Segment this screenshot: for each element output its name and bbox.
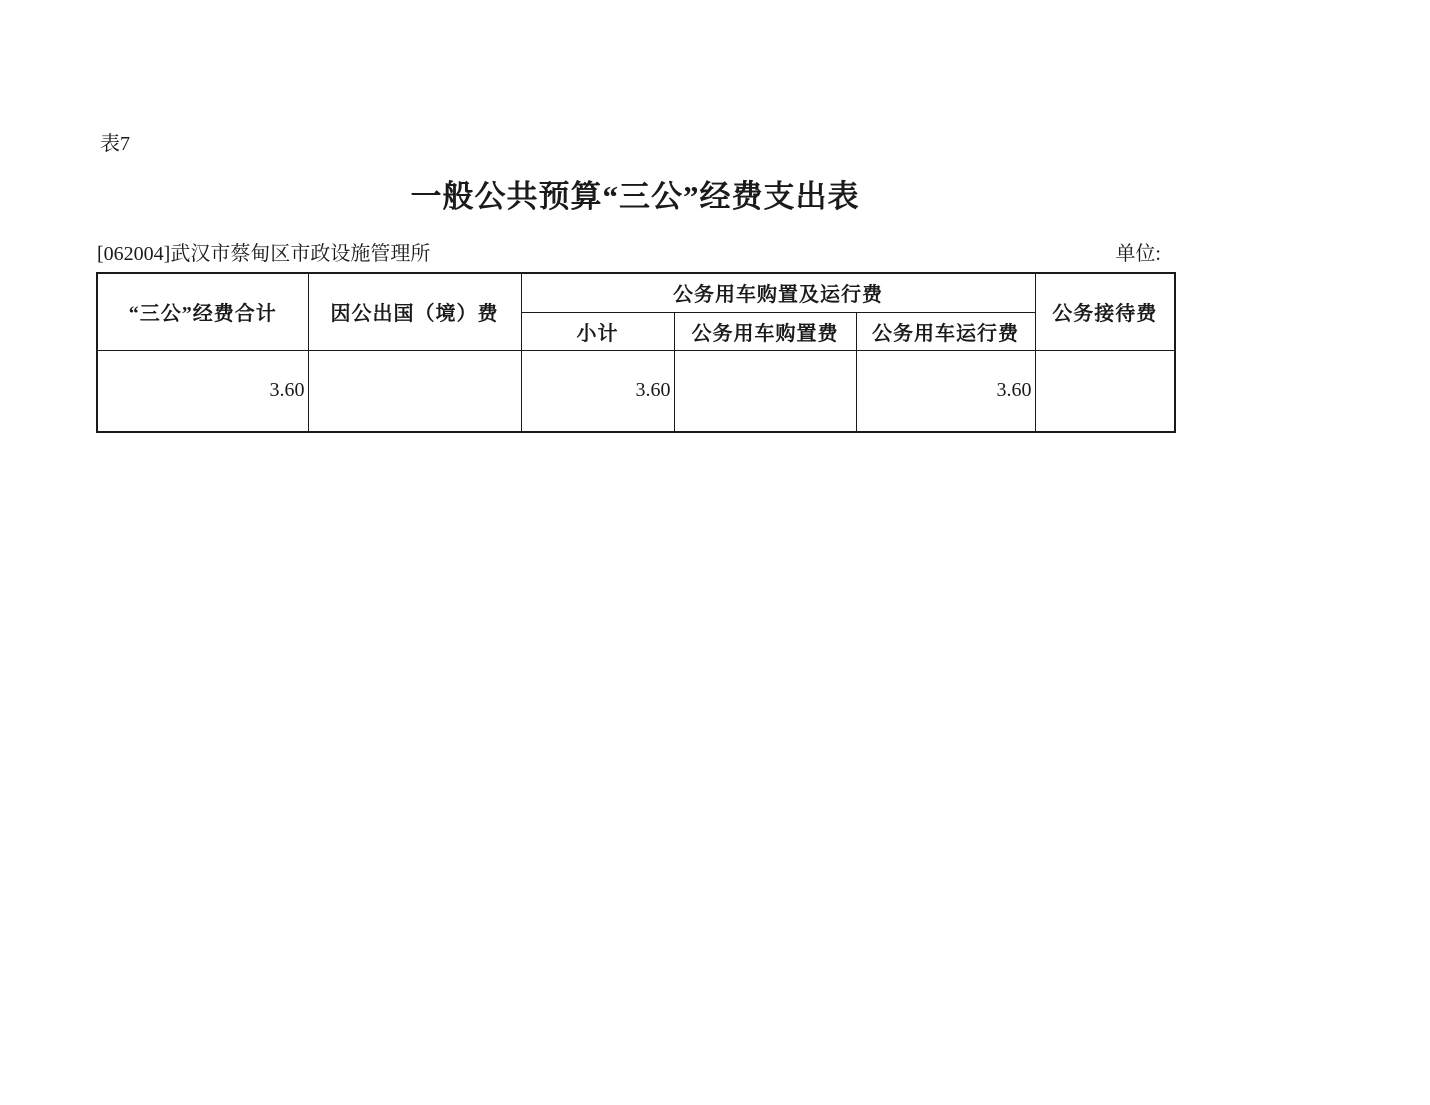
cell-overseas-travel-fee — [308, 350, 521, 432]
organization-name: [062004]武汉市蔡甸区市政设施管理所 — [97, 241, 430, 267]
header-vehicle-operation-fee: 公务用车运行费 — [856, 312, 1035, 350]
cell-vehicle-purchase-fee — [674, 350, 856, 432]
unit-label: 单位: — [1115, 241, 1174, 267]
table-number-label: 表7 — [100, 132, 130, 156]
cell-official-reception-fee — [1035, 350, 1175, 432]
header-overseas-travel-fee: 因公出国（境）费 — [308, 273, 521, 350]
header-three-public-total: “三公”经费合计 — [97, 273, 308, 350]
cell-vehicle-subtotal: 3.60 — [521, 350, 674, 432]
data-row: 3.60 3.60 3.60 — [97, 350, 1175, 432]
cell-three-public-total: 3.60 — [97, 350, 308, 432]
meta-row: [062004]武汉市蔡甸区市政设施管理所 单位: — [97, 241, 1174, 267]
cell-vehicle-operation-fee: 3.60 — [856, 350, 1035, 432]
header-vehicle-subtotal: 小计 — [521, 312, 674, 350]
header-vehicle-purchase-fee: 公务用车购置费 — [674, 312, 856, 350]
three-public-budget-table: “三公”经费合计 因公出国（境）费 公务用车购置及运行费 公务接待费 小计 公务… — [96, 272, 1176, 433]
page-title: 一般公共预算“三公”经费支出表 — [96, 179, 1174, 215]
header-vehicle-purchase-and-operation-group: 公务用车购置及运行费 — [521, 273, 1035, 312]
header-official-reception-fee: 公务接待费 — [1035, 273, 1175, 350]
header-row-1: “三公”经费合计 因公出国（境）费 公务用车购置及运行费 公务接待费 — [97, 273, 1175, 312]
